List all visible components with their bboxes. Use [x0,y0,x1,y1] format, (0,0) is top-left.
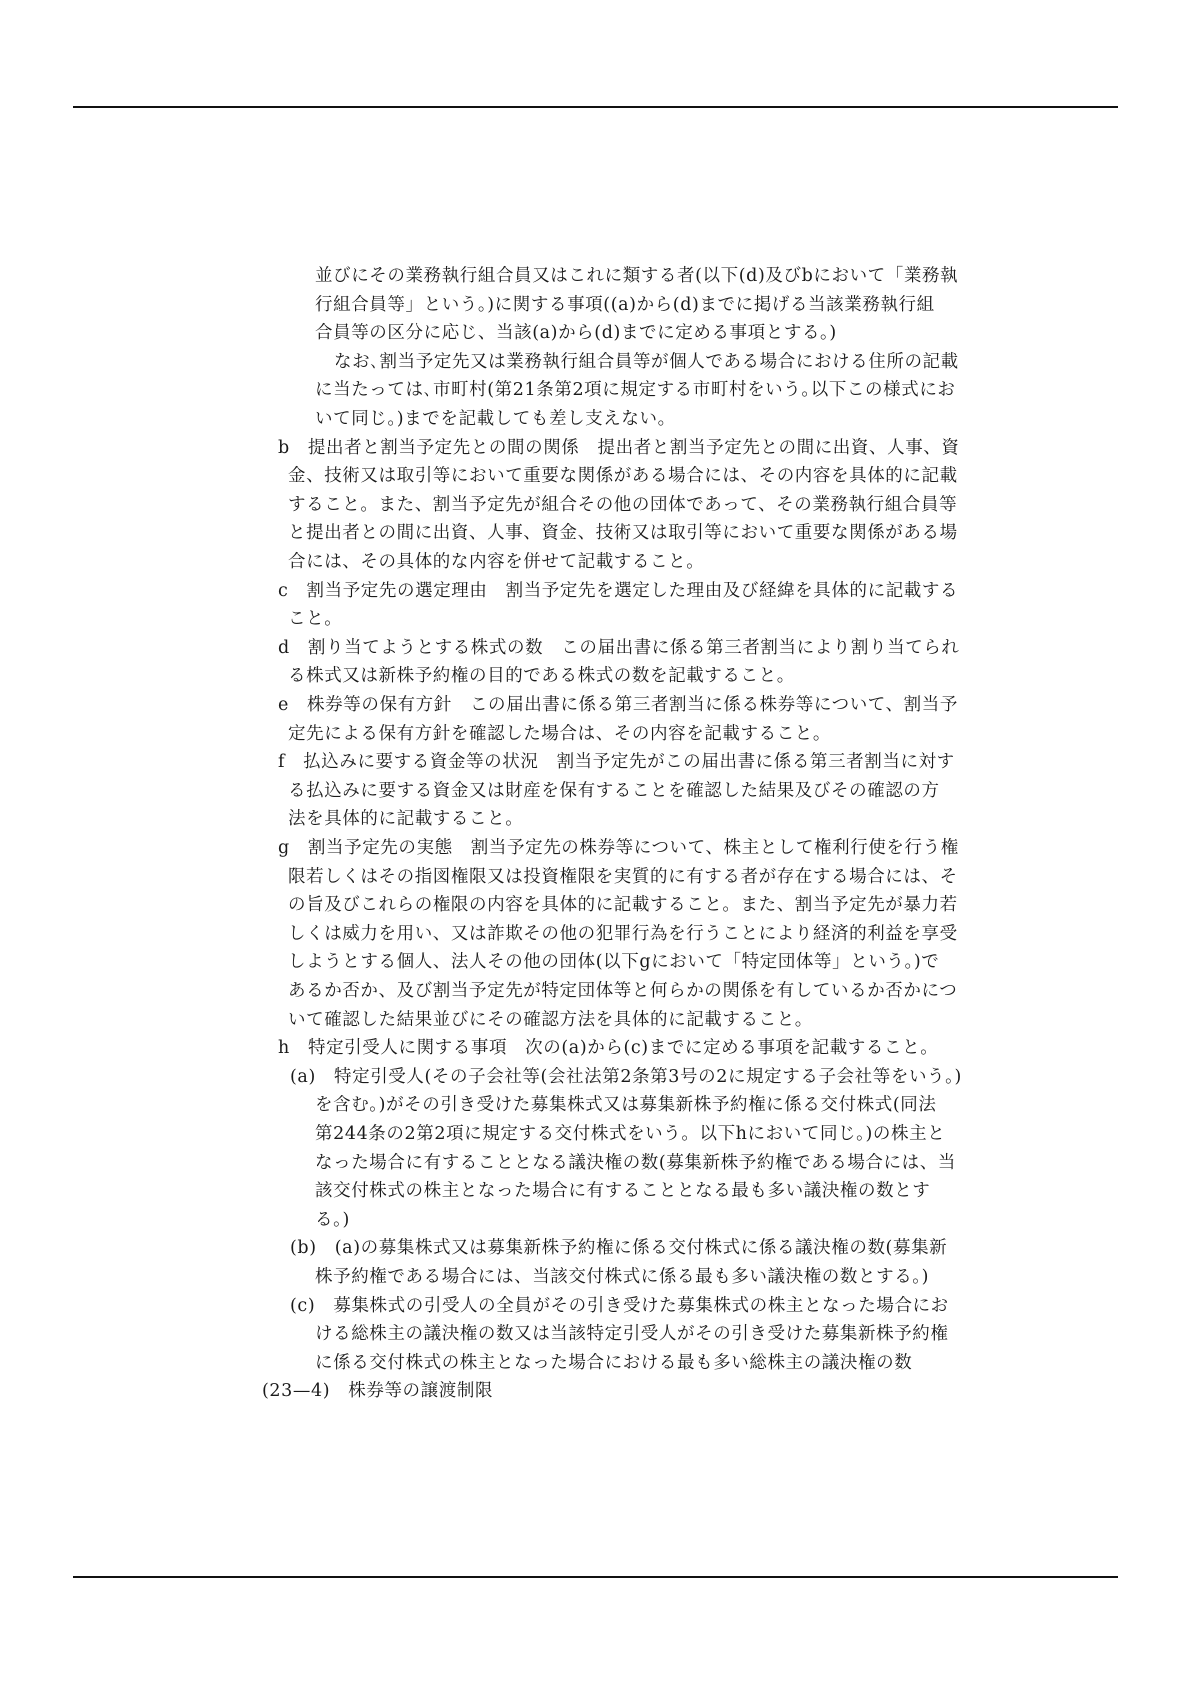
text-line: g 割当予定先の実態 割当予定先の株券等について、株主として権利行使を行う権 [278,834,959,863]
text-line: (b) (a)の募集株式又は募集新株予約権に係る交付株式に係る議決権の数(募集新 [290,1234,947,1263]
text-line: 定先による保有方針を確認した場合は、その内容を記載すること。 [288,720,831,749]
text-line: こと。 [288,605,342,634]
text-line: 法を具体的に記載すること。 [288,805,523,834]
text-line: る。) [315,1206,350,1235]
text-line: を含む。)がその引き受けた募集株式又は募集新株予約権に係る交付株式(同法 [315,1091,937,1120]
text-line: なった場合に有することとなる議決権の数(募集新株予約権である場合には、当 [315,1149,956,1178]
text-line: 行組合員等」という。)に関する事項((a)から(d)までに掲げる当該業務執行組 [315,291,935,320]
text-line: いて同じ｡)までを記載しても差し支えない｡ [315,405,667,434]
text-line: あるか否か、及び割当予定先が特定団体等と何らかの関係を有しているか否かにつ [288,977,957,1006]
text-line: f 払込みに要する資金等の状況 割当予定先がこの届出書に係る第三者割当に対す [278,748,955,777]
text-line: 合員等の区分に応じ、当該(a)から(d)までに定める事項とする。) [315,319,837,348]
text-line: 該交付株式の株主となった場合に有することとなる最も多い議決権の数とす [315,1177,930,1206]
text-line: 金、技術又は取引等において重要な関係がある場合には、その内容を具体的に記載 [288,462,958,491]
text-line: と提出者との間に出資、人事、資金、技術又は取引等において重要な関係がある場 [288,519,958,548]
footer-rule [73,1576,1118,1578]
text-line: る払込みに要する資金又は財産を保有することを確認した結果及びその確認の方 [288,777,940,806]
text-line: しようとする個人、法人その他の団体(以下gにおいて「特定団体等」という。)で [288,948,939,977]
text-line: 限若しくはその指図権限又は投資権限を実質的に有する者が存在する場合には、そ [288,863,958,892]
text-line: に当たっては､市町村(第21条第2項に規定する市町村をいう｡以下この様式にお [315,376,956,405]
text-line: e 株券等の保有方針 この届出書に係る第三者割当に係る株券等について、割当予 [278,691,958,720]
section-heading: (23—4) 株券等の譲渡制限 [262,1377,493,1406]
text-line: 第244条の2第2項に規定する交付株式をいう。以下hにおいて同じ。)の株主と [315,1120,945,1149]
text-line: る株式又は新株予約権の目的である株式の数を記載すること。 [288,662,795,691]
text-line: d 割り当てようとする株式の数 この届出書に係る第三者割当により割り当てられ [278,634,960,663]
header-rule [73,106,1118,108]
text-line: h 特定引受人に関する事項 次の(a)から(c)までに定める事項を記載すること。 [278,1034,938,1063]
text-line: b 提出者と割当予定先との間の関係 提出者と割当予定先との間に出資、人事、資 [278,434,960,463]
text-line: 並びにその業務執行組合員又はこれに類する者(以下(d)及びbにおいて「業務執 [315,262,958,291]
text-line: ける総株主の議決権の数又は当該特定引受人がその引き受けた募集新株予約権 [315,1320,949,1349]
text-line: (a) 特定引受人(その子会社等(会社法第2条第3号の2に規定する子会社等をいう… [290,1063,962,1092]
text-line: c 割当予定先の選定理由 割当予定先を選定した理由及び経緯を具体的に記載する [278,577,958,606]
text-line: いて確認した結果並びにその確認方法を具体的に記載すること。 [288,1006,813,1035]
text-line: の旨及びこれらの権限の内容を具体的に記載すること。また、割当予定先が暴力若 [288,891,958,920]
text-line: しくは威力を用い、又は詐欺その他の犯罪行為を行うことにより経済的利益を享受 [288,920,958,949]
text-line: なお､割当予定先又は業務執行組合員等が個人である場合における住所の記載 [334,348,959,377]
text-line: に係る交付株式の株主となった場合における最も多い総株主の議決権の数 [315,1349,912,1378]
text-line: 株予約権である場合には、当該交付株式に係る最も多い議決権の数とする。) [315,1263,929,1292]
text-line: 合には、その具体的な内容を併せて記載すること。 [288,548,704,577]
text-line: (c) 募集株式の引受人の全員がその引き受けた募集株式の株主となった場合にお [290,1292,949,1321]
text-line: すること。また、割当予定先が組合その他の団体であって、その業務執行組合員等 [288,491,957,520]
